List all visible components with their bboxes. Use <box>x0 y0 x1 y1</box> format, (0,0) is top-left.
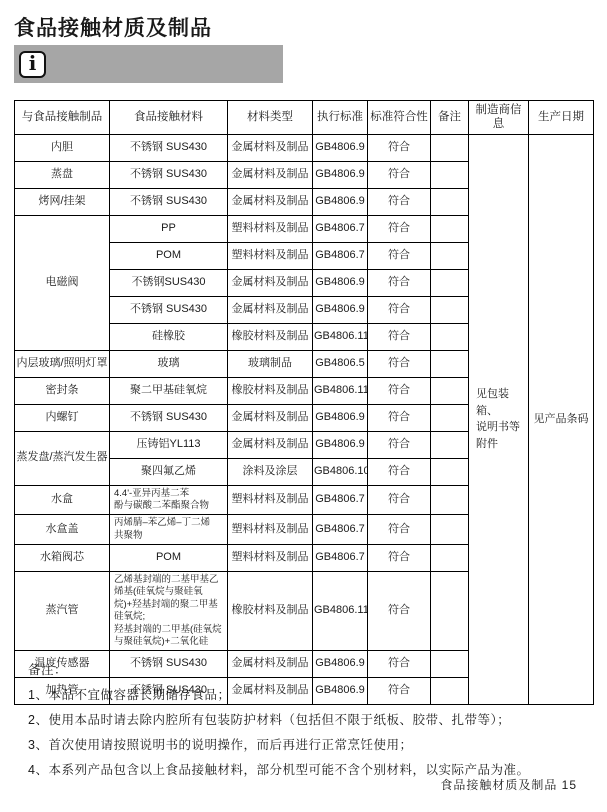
page-footer: 食品接触材质及制品 15 <box>440 776 577 793</box>
remark-cell <box>431 296 469 323</box>
compliance-cell: 符合 <box>368 242 431 269</box>
note-item: 2、使用本品时请去除内腔所有包装防护材料（包括但不限于纸板、胶带、扎带等）； <box>28 708 529 733</box>
material-cell: PP <box>110 215 228 242</box>
standard-cell: GB4806.7 <box>313 515 368 545</box>
material-cell: 不锈钢 SUS430 <box>110 188 228 215</box>
note-item: 1、本品不宜做容器长期储存食品； <box>28 683 529 708</box>
material-cell: 压铸铝YL113 <box>110 431 228 458</box>
material-cell: 聚二甲基硅氧烷 <box>110 377 228 404</box>
info-bar: i <box>14 45 283 83</box>
material-type-cell: 塑料材料及制品 <box>228 485 313 515</box>
product-cell: 烤网/挂架 <box>15 188 110 215</box>
standard-cell: GB4806.10 <box>313 458 368 485</box>
remark-cell <box>431 269 469 296</box>
standard-cell: GB4806.9 <box>313 188 368 215</box>
material-cell: POM <box>110 545 228 572</box>
manufacturer-info-cell: 见包装箱、 说明书等 附件 <box>469 134 529 704</box>
material-type-cell: 金属材料及制品 <box>228 161 313 188</box>
standard-cell: GB4806.9 <box>313 431 368 458</box>
remark-cell <box>431 431 469 458</box>
product-cell: 内层玻璃/照明灯罩 <box>15 350 110 377</box>
compliance-cell: 符合 <box>368 485 431 515</box>
compliance-cell: 符合 <box>368 431 431 458</box>
remark-cell <box>431 215 469 242</box>
table-body: 内胆不锈钢 SUS430金属材料及制品GB4806.9符合见包装箱、 说明书等 … <box>15 134 594 704</box>
standard-cell: GB4806.7 <box>313 545 368 572</box>
compliance-cell: 符合 <box>368 377 431 404</box>
material-type-cell: 金属材料及制品 <box>228 404 313 431</box>
product-cell: 水箱阀芯 <box>15 545 110 572</box>
material-type-cell: 塑料材料及制品 <box>228 242 313 269</box>
material-cell: 不锈钢SUS430 <box>110 269 228 296</box>
material-type-cell: 涂料及涂层 <box>228 458 313 485</box>
info-icon: i <box>19 51 46 78</box>
column-header: 执行标准 <box>313 101 368 135</box>
compliance-cell: 符合 <box>368 269 431 296</box>
table-row: 内胆不锈钢 SUS430金属材料及制品GB4806.9符合见包装箱、 说明书等 … <box>15 134 594 161</box>
remark-cell <box>431 350 469 377</box>
column-header: 备注 <box>431 101 469 135</box>
compliance-cell: 符合 <box>368 188 431 215</box>
material-type-cell: 金属材料及制品 <box>228 134 313 161</box>
material-cell: 丙烯腈–苯乙烯–丁二烯 共聚物 <box>110 515 228 545</box>
compliance-cell: 符合 <box>368 350 431 377</box>
material-cell: 不锈钢 SUS430 <box>110 296 228 323</box>
material-cell: POM <box>110 242 228 269</box>
material-cell: 4.4'-亚异丙基二苯 酚与碳酸二苯酯聚合物 <box>110 485 228 515</box>
remark-cell <box>431 188 469 215</box>
material-cell: 聚四氟乙烯 <box>110 458 228 485</box>
column-header: 食品接触材料 <box>110 101 228 135</box>
material-cell: 不锈钢 SUS430 <box>110 404 228 431</box>
notes-section: 备注： 1、本品不宜做容器长期储存食品；2、使用本品时请去除内腔所有包装防护材料… <box>28 658 529 783</box>
production-date-cell: 见产品条码 <box>529 134 594 704</box>
column-header: 生产日期 <box>529 101 594 135</box>
standard-cell: GB4806.11 <box>313 572 368 651</box>
compliance-cell: 符合 <box>368 296 431 323</box>
remark-cell <box>431 545 469 572</box>
standard-cell: GB4806.9 <box>313 404 368 431</box>
notes-heading: 备注： <box>28 658 529 683</box>
remark-cell <box>431 404 469 431</box>
remark-cell <box>431 515 469 545</box>
standard-cell: GB4806.11 <box>313 323 368 350</box>
standard-cell: GB4806.5 <box>313 350 368 377</box>
compliance-cell: 符合 <box>368 572 431 651</box>
remark-cell <box>431 377 469 404</box>
food-contact-materials-table: 与食品接触制品食品接触材料材料类型执行标准标准符合性备注制造商信息生产日期 内胆… <box>14 100 594 705</box>
product-cell: 蒸汽管 <box>15 572 110 651</box>
standard-cell: GB4806.9 <box>313 296 368 323</box>
compliance-cell: 符合 <box>368 515 431 545</box>
column-header: 制造商信息 <box>469 101 529 135</box>
standard-cell: GB4806.11 <box>313 377 368 404</box>
remark-cell <box>431 161 469 188</box>
compliance-cell: 符合 <box>368 323 431 350</box>
material-type-cell: 橡胶材料及制品 <box>228 323 313 350</box>
compliance-cell: 符合 <box>368 134 431 161</box>
compliance-cell: 符合 <box>368 545 431 572</box>
material-type-cell: 玻璃制品 <box>228 350 313 377</box>
product-cell: 蒸发盘/蒸汽发生器 <box>15 431 110 485</box>
remark-cell <box>431 572 469 651</box>
remark-cell <box>431 134 469 161</box>
material-cell: 玻璃 <box>110 350 228 377</box>
standard-cell: GB4806.9 <box>313 161 368 188</box>
page-title: 食品接触材质及制品 <box>14 12 212 42</box>
column-header: 材料类型 <box>228 101 313 135</box>
material-cell: 不锈钢 SUS430 <box>110 161 228 188</box>
compliance-cell: 符合 <box>368 458 431 485</box>
material-type-cell: 塑料材料及制品 <box>228 215 313 242</box>
remark-cell <box>431 458 469 485</box>
material-type-cell: 塑料材料及制品 <box>228 515 313 545</box>
table-header: 与食品接触制品食品接触材料材料类型执行标准标准符合性备注制造商信息生产日期 <box>15 101 594 135</box>
product-cell: 水盒 <box>15 485 110 515</box>
note-item: 3、首次使用请按照说明书的说明操作，而后再进行正常烹饪使用； <box>28 733 529 758</box>
column-header: 标准符合性 <box>368 101 431 135</box>
standard-cell: GB4806.9 <box>313 269 368 296</box>
compliance-cell: 符合 <box>368 215 431 242</box>
product-cell: 内螺钉 <box>15 404 110 431</box>
material-type-cell: 橡胶材料及制品 <box>228 572 313 651</box>
column-header: 与食品接触制品 <box>15 101 110 135</box>
standard-cell: GB4806.7 <box>313 485 368 515</box>
material-type-cell: 金属材料及制品 <box>228 431 313 458</box>
material-type-cell: 橡胶材料及制品 <box>228 377 313 404</box>
compliance-cell: 符合 <box>368 404 431 431</box>
material-cell: 乙烯基封端的二基甲基乙烯基(硅氧烷与聚硅氧烷)+羟基封端的聚二甲基硅氧烷; 羟基… <box>110 572 228 651</box>
product-cell: 密封条 <box>15 377 110 404</box>
standard-cell: GB4806.7 <box>313 242 368 269</box>
product-cell: 内胆 <box>15 134 110 161</box>
product-cell: 电磁阀 <box>15 215 110 350</box>
material-cell: 不锈钢 SUS430 <box>110 134 228 161</box>
header-row: 与食品接触制品食品接触材料材料类型执行标准标准符合性备注制造商信息生产日期 <box>15 101 594 135</box>
material-cell: 硅橡胶 <box>110 323 228 350</box>
product-cell: 水盒盖 <box>15 515 110 545</box>
standard-cell: GB4806.9 <box>313 134 368 161</box>
compliance-cell: 符合 <box>368 161 431 188</box>
material-type-cell: 金属材料及制品 <box>228 296 313 323</box>
material-type-cell: 金属材料及制品 <box>228 269 313 296</box>
remark-cell <box>431 485 469 515</box>
standard-cell: GB4806.7 <box>313 215 368 242</box>
material-type-cell: 金属材料及制品 <box>228 188 313 215</box>
material-type-cell: 塑料材料及制品 <box>228 545 313 572</box>
product-cell: 蒸盘 <box>15 161 110 188</box>
remark-cell <box>431 323 469 350</box>
remark-cell <box>431 242 469 269</box>
notes-list: 1、本品不宜做容器长期储存食品；2、使用本品时请去除内腔所有包装防护材料（包括但… <box>28 683 529 783</box>
